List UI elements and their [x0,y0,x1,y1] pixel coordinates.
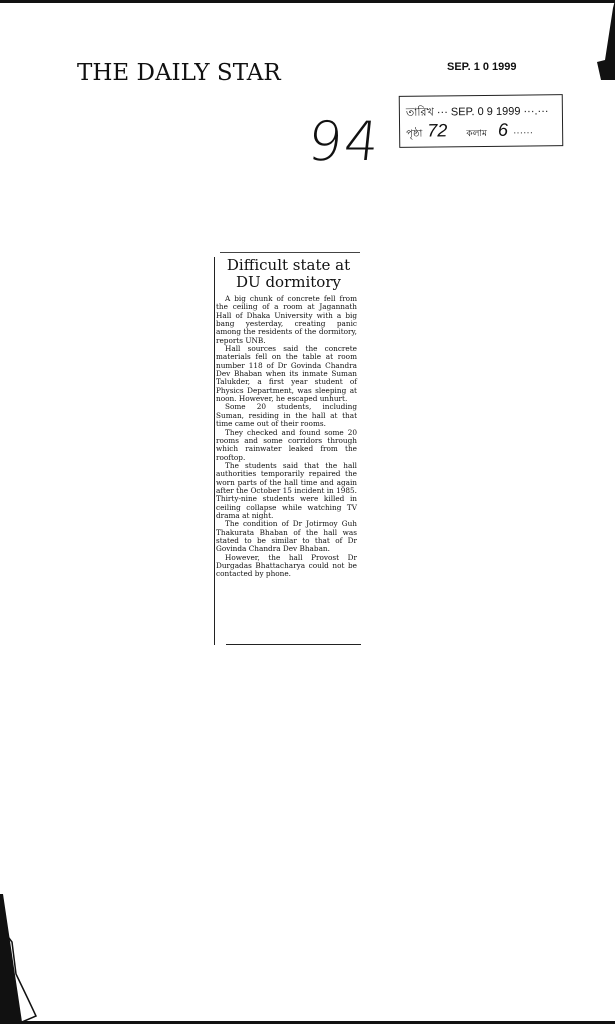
article-headline: Difficult state at DU dormitory [218,257,359,291]
article-paragraph: A big chunk of concrete fell from the ce… [216,295,357,345]
archive-stamp: তারিখ ··· SEP. 0 9 1999 ···.··· পৃষ্ঠা 7… [399,94,564,148]
article-clipping: Difficult state at DU dormitory A big ch… [214,251,363,647]
clipping-border-left [214,257,215,645]
article-paragraph: Some 20 students, including Suman, resid… [216,403,357,428]
scan-corner-top-right [575,0,615,80]
article-paragraph: Hall sources said the concrete materials… [216,345,357,403]
headline-line-2: DU dormitory [218,274,359,291]
scan-edge-top [0,0,615,3]
article-paragraph: They checked and found some 20 rooms and… [216,429,357,462]
stamp-column-label: কলাম [466,128,487,138]
stamp-date-value: SEP. 0 9 1999 [451,106,521,119]
article-paragraph: The condition of Dr Jotirmoy Guh Thakura… [216,520,357,553]
stamp-column-value: 6 [498,120,508,140]
article-paragraph: However, the hall Provost Dr Durgadas Bh… [216,554,357,579]
clipping-border-top [220,252,360,253]
article-body: A big chunk of concrete fell from the ce… [216,295,357,579]
clipping-border-bottom [226,644,361,646]
newspaper-masthead: THE DAILY STAR [77,60,281,86]
stamp-page-label: পৃষ্ঠা [406,129,422,140]
archive-stamp-page-row: পৃষ্ঠা 72 কলাম 6 ······ [406,119,533,143]
date-stamp: SEP. 1 0 1999 [447,61,517,73]
scanned-page: THE DAILY STAR SEP. 1 0 1999 তারিখ ··· S… [0,0,615,1024]
headline-line-1: Difficult state at [218,257,359,274]
stamp-date-label: তারিখ [406,106,434,118]
article-paragraph: The students said that the hall authorit… [216,462,357,520]
stamp-page-value: 72 [427,120,447,140]
handwritten-page-number: 94 [305,110,384,173]
scan-corner-bottom-left [0,894,45,1024]
